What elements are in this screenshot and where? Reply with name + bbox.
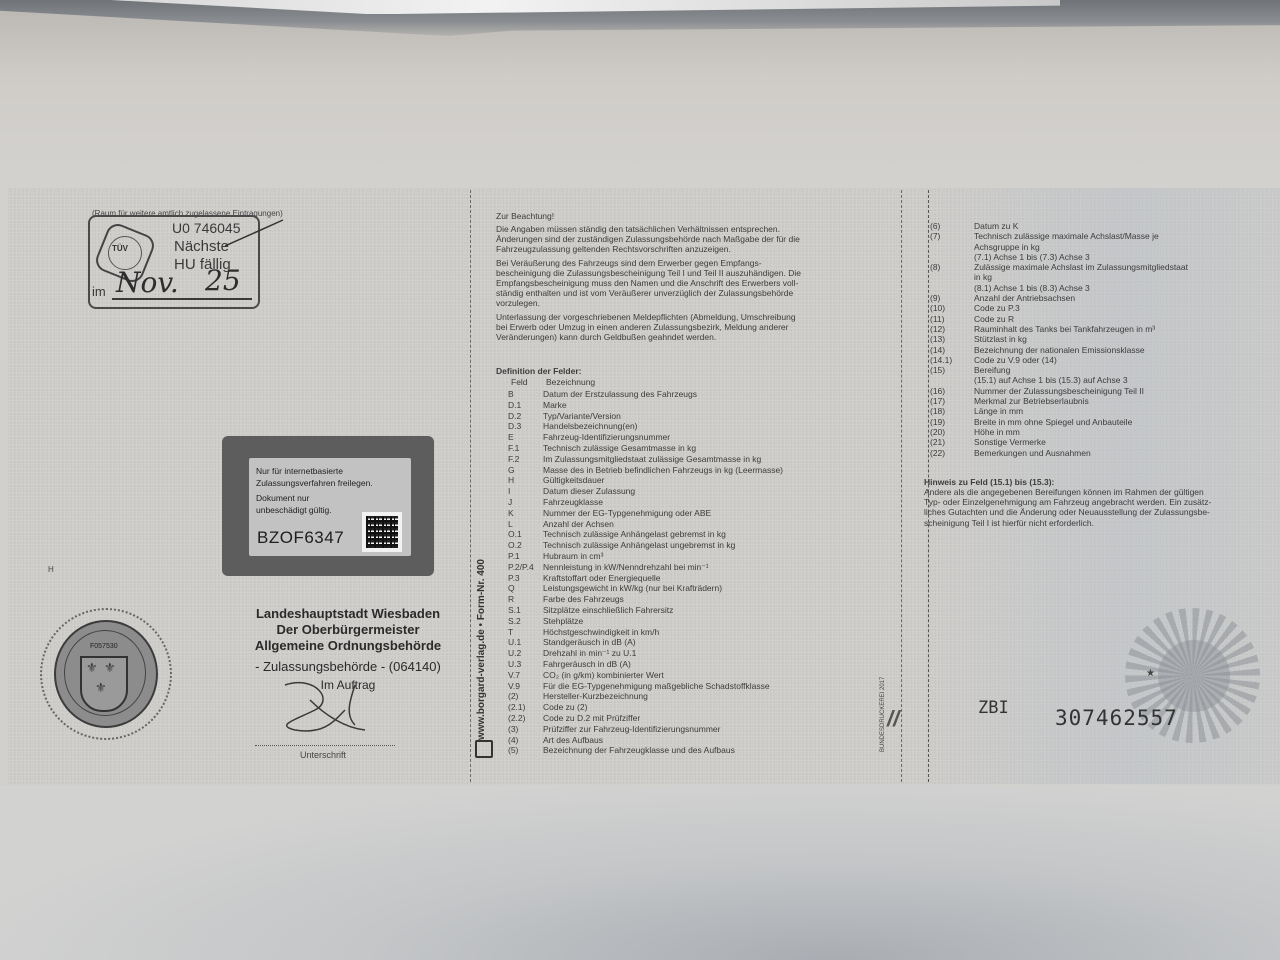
definition-row: (5)Bezeichnung der Fahrzeugklasse und de… bbox=[508, 745, 783, 756]
field-code: D.3 bbox=[508, 421, 543, 432]
definition-row: (11)Code zu R bbox=[930, 314, 1188, 324]
notice-body: Die Angaben müssen ständig den tatsächli… bbox=[496, 224, 801, 345]
tuv-logo-label: TÜV bbox=[112, 244, 128, 253]
field-label: Fahrzeug-Identifizierungsnummer bbox=[543, 432, 670, 442]
definition-row: HGültigkeitsdauer bbox=[508, 475, 783, 486]
definition-row: (7.1) Achse 1 bis (7.3) Achse 3 bbox=[930, 252, 1188, 262]
definitions-col-field: Feld bbox=[511, 377, 528, 387]
signature-label: Unterschrift bbox=[300, 750, 346, 760]
definitions-title: Definition der Felder: bbox=[496, 366, 581, 376]
definition-row: Achsgruppe in kg bbox=[930, 242, 1188, 252]
field-label: Typ/Variante/Version bbox=[543, 411, 621, 421]
field-label: Nennleistung in kW/Nenndrehzahl bei min⁻… bbox=[543, 562, 709, 572]
field-code: (8) bbox=[930, 262, 974, 272]
definition-row: (2.2)Code zu D.2 mit Prüfziffer bbox=[508, 713, 783, 724]
definition-row: BDatum der Erstzulassung des Fahrzeugs bbox=[508, 389, 783, 400]
field-code: (9) bbox=[930, 293, 974, 303]
bundesdruckerei-logo-icon: // bbox=[887, 706, 899, 732]
field-label: Drehzahl in min⁻¹ zu U.1 bbox=[543, 648, 636, 658]
field-label: Merkmal zur Betriebserlaubnis bbox=[974, 396, 1089, 406]
definition-row: (7)Technisch zulässige maximale Achslast… bbox=[930, 231, 1188, 241]
field-label: Gültigkeitsdauer bbox=[543, 475, 604, 485]
definition-row: P.2/P.4Nennleistung in kW/Nenndrehzahl b… bbox=[508, 562, 783, 573]
stamp-month: Nov. bbox=[116, 266, 179, 299]
field-code: (3) bbox=[508, 724, 543, 735]
field-label: Länge in mm bbox=[974, 406, 1023, 416]
serial-number: 307462557 bbox=[1055, 706, 1178, 730]
definitions-list-right: (6)Datum zu K(7)Technisch zulässige maxi… bbox=[930, 221, 1188, 458]
field-code: F.2 bbox=[508, 454, 543, 465]
field-code: (2) bbox=[508, 691, 543, 702]
notice-line: ständig enthalten und ist vom Veräußerer… bbox=[496, 288, 801, 298]
field-code: (13) bbox=[930, 334, 974, 344]
field-code: D.2 bbox=[508, 411, 543, 422]
field-label: Bezeichnung der Fahrzeugklasse und des A… bbox=[543, 745, 735, 755]
field-code: (17) bbox=[930, 396, 974, 406]
definition-row: D.2Typ/Variante/Version bbox=[508, 411, 783, 422]
field-code: (18) bbox=[930, 406, 974, 416]
definition-row: (8)Zulässige maximale Achslast im Zulass… bbox=[930, 262, 1188, 272]
field-code: G bbox=[508, 465, 543, 476]
hint-line: liches Gutachten und die Änderung oder N… bbox=[924, 507, 1211, 517]
notice-line: vorzulegen. bbox=[496, 298, 801, 308]
field-code: R bbox=[508, 594, 543, 605]
field-label: Breite in mm ohne Spiegel und Anbauteile bbox=[974, 417, 1132, 427]
margin-mark: H bbox=[48, 565, 54, 574]
field-label: Bezeichnung der nationalen Emissionsklas… bbox=[974, 345, 1145, 355]
field-label: Code zu (2) bbox=[543, 702, 587, 712]
field-label: Rauminhalt des Tanks bei Tankfahrzeugen … bbox=[974, 324, 1155, 334]
definition-row: LAnzahl der Achsen bbox=[508, 519, 783, 530]
field-code: F.1 bbox=[508, 443, 543, 454]
field-code: T bbox=[508, 627, 543, 638]
definition-row: (13)Stützlast in kg bbox=[930, 334, 1188, 344]
notice-line: Unterlassung der vorgeschriebenen Meldep… bbox=[496, 312, 801, 322]
field-code: (12) bbox=[930, 324, 974, 334]
field-code: (6) bbox=[930, 221, 974, 231]
definition-row: IDatum dieser Zulassung bbox=[508, 486, 783, 497]
field-code: K bbox=[508, 508, 543, 519]
notice-line: Veränderungen) kann durch Geldbußen geah… bbox=[496, 332, 801, 342]
field-label: Code zu P.3 bbox=[974, 303, 1020, 313]
notice-paragraph: Unterlassung der vorgeschriebenen Meldep… bbox=[496, 312, 801, 343]
field-label: Hubraum in cm³ bbox=[543, 551, 603, 561]
definition-row: S.2Stehplätze bbox=[508, 616, 783, 627]
definition-row: U.2Drehzahl in min⁻¹ zu U.1 bbox=[508, 648, 783, 659]
field-label: Kraftstoffart oder Energiequelle bbox=[543, 573, 661, 583]
definition-row: in kg bbox=[930, 272, 1188, 282]
authority-line-1: Landeshauptstadt Wiesbaden bbox=[200, 606, 496, 621]
field-label: Nummer der EG-Typgenehmigung oder ABE bbox=[543, 508, 711, 518]
star-icon: ★ bbox=[1146, 668, 1155, 679]
field-code: I bbox=[508, 486, 543, 497]
publisher-logo-icon bbox=[475, 740, 493, 758]
definition-row: U.1Standgeräusch in dB (A) bbox=[508, 637, 783, 648]
field-label: Farbe des Fahrzeugs bbox=[543, 594, 624, 604]
hint-title: Hinweis zu Feld (15.1) bis (15.3): bbox=[924, 477, 1054, 487]
bundesdruckerei-imprint: BUNDESDRUCKEREI 2017 bbox=[880, 677, 886, 752]
notice-line: Die Angaben müssen ständig den tatsächli… bbox=[496, 224, 801, 234]
definition-row: V.9Für die EG-Typgenehmigung maßgebliche… bbox=[508, 681, 783, 692]
field-label: Art des Aufbaus bbox=[543, 735, 603, 745]
fold-line-left bbox=[470, 190, 471, 782]
field-code: Q bbox=[508, 583, 543, 594]
field-label: in kg bbox=[974, 272, 992, 282]
field-code: P.2/P.4 bbox=[508, 562, 543, 573]
fleur-de-lis-icon: ⚜ bbox=[86, 660, 98, 676]
field-label: Für die EG-Typgenehmigung maßgebliche Sc… bbox=[543, 681, 770, 691]
notice-line: Fahrzeugzulassung geltenden Rechtsvorsch… bbox=[496, 244, 801, 254]
field-code: (7) bbox=[930, 231, 974, 241]
notice-line: bei Erwerb oder Umzug in einen anderen Z… bbox=[496, 322, 801, 332]
definition-row: F.2Im Zulassungsmitgliedstaat zulässige … bbox=[508, 454, 783, 465]
definition-row: JFahrzeugklasse bbox=[508, 497, 783, 508]
definition-row: S.1Sitzplätze einschließlich Fahrersitz bbox=[508, 605, 783, 616]
definition-row: D.1Marke bbox=[508, 400, 783, 411]
field-label: Technisch zulässige maximale Achslast/Ma… bbox=[974, 231, 1159, 241]
definition-row: KNummer der EG-Typgenehmigung oder ABE bbox=[508, 508, 783, 519]
definition-row: O.1Technisch zulässige Anhängelast gebre… bbox=[508, 529, 783, 540]
field-label: Standgeräusch in dB (A) bbox=[543, 637, 636, 647]
definition-row: (15.1) auf Achse 1 bis (15.3) auf Achse … bbox=[930, 375, 1188, 385]
field-code: P.3 bbox=[508, 573, 543, 584]
definition-row: GMasse des in Betrieb befindlichen Fahrz… bbox=[508, 465, 783, 476]
field-code: (21) bbox=[930, 437, 974, 447]
definition-row: (8.1) Achse 1 bis (8.3) Achse 3 bbox=[930, 283, 1188, 293]
field-label: Technisch zulässige Anhängelast gebremst… bbox=[543, 529, 726, 539]
hint-line: Typ- oder Einzelgenehmigung am Fahrzeug … bbox=[924, 497, 1211, 507]
field-code: L bbox=[508, 519, 543, 530]
definition-row: D.3Handelsbezeichnung(en) bbox=[508, 421, 783, 432]
notice-line: Änderungen sind der zuständigen Zulassun… bbox=[496, 234, 801, 244]
stamp-prefix: im bbox=[92, 284, 106, 299]
field-code: U.2 bbox=[508, 648, 543, 659]
definition-row: F.1Technisch zulässige Gesamtmasse in kg bbox=[508, 443, 783, 454]
field-code: (2.2) bbox=[508, 713, 543, 724]
field-code: (14) bbox=[930, 345, 974, 355]
definition-row: (20)Höhe in mm bbox=[930, 427, 1188, 437]
definitions-col-label: Bezeichnung bbox=[546, 377, 595, 387]
field-label: Stehplätze bbox=[543, 616, 583, 626]
fleur-de-lis-icon: ⚜ bbox=[95, 680, 107, 696]
field-label: Stützlast in kg bbox=[974, 334, 1027, 344]
definition-row: (17)Merkmal zur Betriebserlaubnis bbox=[930, 396, 1188, 406]
definition-row: (16)Nummer der Zulassungsbescheinigung T… bbox=[930, 386, 1188, 396]
field-label: Bemerkungen und Ausnahmen bbox=[974, 448, 1091, 458]
hint-line: scheinigung Teil I ist hierfür nicht erf… bbox=[924, 518, 1211, 528]
definition-row: (14.1)Code zu V.9 oder (14) bbox=[930, 355, 1188, 365]
field-code: (14.1) bbox=[930, 355, 974, 365]
hint-line: Andere als die angegebenen Bereifungen k… bbox=[924, 487, 1211, 497]
definition-row: (15)Bereifung bbox=[930, 365, 1188, 375]
field-label: Anzahl der Achsen bbox=[543, 519, 614, 529]
field-label: Bereifung bbox=[974, 365, 1010, 375]
field-code: (16) bbox=[930, 386, 974, 396]
definition-row: O.2Technisch zulässige Anhängelast ungeb… bbox=[508, 540, 783, 551]
definitions-list: BDatum der Erstzulassung des FahrzeugsD.… bbox=[508, 389, 783, 756]
field-code: (4) bbox=[508, 735, 543, 746]
serial-prefix: ZBI bbox=[978, 698, 1009, 718]
authority-line-3: Allgemeine Ordnungsbehörde bbox=[200, 638, 496, 653]
field-label: Höhe in mm bbox=[974, 427, 1020, 437]
definition-row: RFarbe des Fahrzeugs bbox=[508, 594, 783, 605]
field-label: Fahrzeugklasse bbox=[543, 497, 603, 507]
notice-line: bescheinigung die Zulassungsbescheinigun… bbox=[496, 268, 801, 278]
definition-row: (3)Prüfziffer zur Fahrzeug-Identifizieru… bbox=[508, 724, 783, 735]
field-code: (2.1) bbox=[508, 702, 543, 713]
field-label: (15.1) auf Achse 1 bis (15.3) auf Achse … bbox=[974, 375, 1128, 385]
field-label: Handelsbezeichnung(en) bbox=[543, 421, 638, 431]
definition-row: (4)Art des Aufbaus bbox=[508, 735, 783, 746]
definition-row: (14)Bezeichnung der nationalen Emissions… bbox=[930, 345, 1188, 355]
field-code: O.2 bbox=[508, 540, 543, 551]
fleur-de-lis-icon: ⚜ bbox=[104, 660, 116, 676]
field-label: Masse des in Betrieb befindlichen Fahrze… bbox=[543, 465, 783, 475]
field-label: Leistungsgewicht in kW/kg (nur bei Kraft… bbox=[543, 583, 722, 593]
definition-row: P.3Kraftstoffart oder Energiequelle bbox=[508, 573, 783, 584]
field-code: V.9 bbox=[508, 681, 543, 692]
field-code: U.1 bbox=[508, 637, 543, 648]
datamatrix-code-icon bbox=[362, 512, 402, 552]
field-code: O.1 bbox=[508, 529, 543, 540]
field-label: (8.1) Achse 1 bis (8.3) Achse 3 bbox=[974, 283, 1090, 293]
fold-line-mid bbox=[901, 190, 902, 782]
field-label: Im Zulassungsmitgliedstaat zulässige Ges… bbox=[543, 454, 761, 464]
field-label: Fahrgeräusch in dB (A) bbox=[543, 659, 631, 669]
field-label: CO₂ (in g/km) kombinierter Wert bbox=[543, 670, 664, 680]
signature-icon bbox=[255, 680, 395, 735]
definition-row: V.7CO₂ (in g/km) kombinierter Wert bbox=[508, 670, 783, 681]
field-code: S.2 bbox=[508, 616, 543, 627]
field-label: (7.1) Achse 1 bis (7.3) Achse 3 bbox=[974, 252, 1090, 262]
field-code: (10) bbox=[930, 303, 974, 313]
definition-row: (9)Anzahl der Antriebsachsen bbox=[930, 293, 1188, 303]
definition-row: (2)Hersteller-Kurzbezeichnung bbox=[508, 691, 783, 702]
field-label: Code zu V.9 oder (14) bbox=[974, 355, 1057, 365]
field-label: Achsgruppe in kg bbox=[974, 242, 1040, 252]
definition-row: P.1Hubraum in cm³ bbox=[508, 551, 783, 562]
field-code: S.1 bbox=[508, 605, 543, 616]
sticker-text: Nur für internetbasierte Zulassungsverfa… bbox=[256, 465, 373, 516]
field-code: (11) bbox=[930, 314, 974, 324]
field-code: U.3 bbox=[508, 659, 543, 670]
seal-number: F057530 bbox=[90, 643, 118, 650]
field-code: J bbox=[508, 497, 543, 508]
field-code: (15) bbox=[930, 365, 974, 375]
notice-line: Bei Veräußerung des Fahrzeugs sind dem E… bbox=[496, 258, 801, 268]
field-label: Nummer der Zulassungsbescheinigung Teil … bbox=[974, 386, 1144, 396]
definition-row: (12)Rauminhalt des Tanks bei Tankfahrzeu… bbox=[930, 324, 1188, 334]
notice-title: Zur Beachtung! bbox=[496, 211, 554, 221]
publisher-imprint: www.borgard-verlag.de • Form-Nr. 400 bbox=[476, 559, 487, 740]
definition-row: EFahrzeug-Identifizierungsnummer bbox=[508, 432, 783, 443]
field-label: Code zu R bbox=[974, 314, 1014, 324]
security-sticker: Nur für internetbasierte Zulassungsverfa… bbox=[222, 436, 434, 576]
definition-row: (10)Code zu P.3 bbox=[930, 303, 1188, 313]
notice-line: Empfangsbescheinigung muss den Namen und… bbox=[496, 278, 801, 288]
field-code: (19) bbox=[930, 417, 974, 427]
field-code: D.1 bbox=[508, 400, 543, 411]
field-label: Prüfziffer zur Fahrzeug-Identifizierungs… bbox=[543, 724, 720, 734]
field-code: (5) bbox=[508, 745, 543, 756]
definition-row: (2.1)Code zu (2) bbox=[508, 702, 783, 713]
authority-line-4: - Zulassungsbehörde - (064140) bbox=[200, 659, 496, 674]
field-code: E bbox=[508, 432, 543, 443]
field-label: Code zu D.2 mit Prüfziffer bbox=[543, 713, 640, 723]
definition-row: (22)Bemerkungen und Ausnahmen bbox=[930, 448, 1188, 458]
field-code: B bbox=[508, 389, 543, 400]
stamp-strike-icon bbox=[225, 218, 285, 248]
field-label: Technisch zulässige Anhängelast ungebrem… bbox=[543, 540, 735, 550]
definition-row: (6)Datum zu K bbox=[930, 221, 1188, 231]
stamp-year: 25 bbox=[205, 264, 241, 297]
definition-row: THöchstgeschwindigkeit in km/h bbox=[508, 627, 783, 638]
stamp-next: Nächste bbox=[174, 238, 229, 255]
field-label: Anzahl der Antriebsachsen bbox=[974, 293, 1075, 303]
definition-row: (21)Sonstige Vermerke bbox=[930, 437, 1188, 447]
field-code: P.1 bbox=[508, 551, 543, 562]
field-label: Marke bbox=[543, 400, 567, 410]
hint-body: Andere als die angegebenen Bereifungen k… bbox=[924, 487, 1211, 528]
field-label: Sitzplätze einschließlich Fahrersitz bbox=[543, 605, 673, 615]
field-label: Datum zu K bbox=[974, 221, 1018, 231]
field-code: H bbox=[508, 475, 543, 486]
definition-row: (18)Länge in mm bbox=[930, 406, 1188, 416]
field-code: V.7 bbox=[508, 670, 543, 681]
notice-paragraph: Die Angaben müssen ständig den tatsächli… bbox=[496, 224, 801, 255]
field-code: (20) bbox=[930, 427, 974, 437]
field-label: Sonstige Vermerke bbox=[974, 437, 1046, 447]
field-code: (22) bbox=[930, 448, 974, 458]
notice-paragraph: Bei Veräußerung des Fahrzeugs sind dem E… bbox=[496, 258, 801, 309]
table-surface bbox=[0, 785, 1280, 960]
field-label: Datum dieser Zulassung bbox=[543, 486, 635, 496]
security-code: BZOF6347 bbox=[257, 528, 344, 548]
field-label: Technisch zulässige Gesamtmasse in kg bbox=[543, 443, 696, 453]
definition-row: (19)Breite in mm ohne Spiegel und Anbaut… bbox=[930, 417, 1188, 427]
definition-row: U.3Fahrgeräusch in dB (A) bbox=[508, 659, 783, 670]
field-label: Höchstgeschwindigkeit in km/h bbox=[543, 627, 659, 637]
field-label: Hersteller-Kurzbezeichnung bbox=[543, 691, 648, 701]
field-label: Zulässige maximale Achslast im Zulassung… bbox=[974, 262, 1188, 272]
definition-row: QLeistungsgewicht in kW/kg (nur bei Kraf… bbox=[508, 583, 783, 594]
authority-line-2: Der Oberbürgermeister bbox=[200, 622, 496, 637]
field-label: Datum der Erstzulassung des Fahrzeugs bbox=[543, 389, 697, 399]
